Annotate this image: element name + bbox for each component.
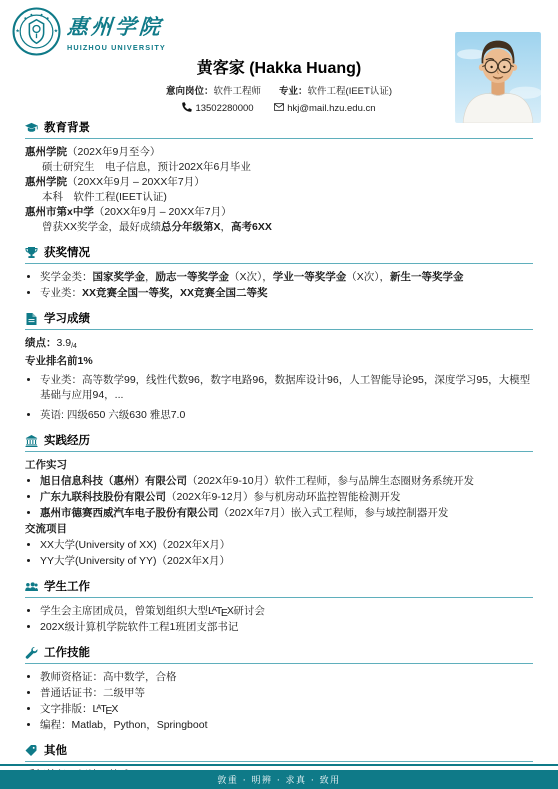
gpa-label: 绩点： [25,337,57,349]
university-logo: 惠州学院 HUIZHOU UNIVERSITY [12,7,166,56]
section-grades-header: 学习成绩 [25,312,533,330]
student-work-text: 研讨会 [233,605,265,617]
latex-logo: LATEX [208,605,233,617]
university-name-en: HUIZHOU UNIVERSITY [67,43,166,52]
award-item: 专业类：XX竞赛全国一等奖，XX竞赛全国二等奖 [40,286,533,301]
trophy-icon [25,247,38,259]
school-name: 惠州市第x中学 [25,206,94,218]
skill-label: 文字排版： [40,703,93,715]
graduation-cap-icon [25,122,38,134]
university-motto: 敦重 · 明辨 · 求真 · 致用 [217,773,340,786]
phone-number: 13502280000 [195,103,253,114]
grades-item: 专业类：高等数学99，线性代数96，数字电路96，数据库设计96，人工智能导论9… [40,373,533,403]
document-icon [25,313,38,325]
section-student-work: 学生工作 学生会主席团成员，曾策划组织大型LATEX研讨会 202X级计算机学院… [25,580,533,635]
education-detail: 本科 软件工程(IEET认证) [25,190,533,205]
grades-item: 英语: 四级650 六级630 雅思7.0 [40,408,533,423]
section-skills: 工作技能 教师资格证：高中数学，合格 普通话证书：二级甲等 文字排版：LATEX… [25,646,533,733]
school-name: 惠州学院 [25,146,67,158]
section-experience: 实践经历 工作实习 旭日信息科技（惠州）有限公司（202X年9-10月）软件工程… [25,434,533,569]
section-title: 其他 [44,744,67,758]
section-grades: 学习成绩 绩点：3.9/4 专业排名前1% 专业类：高等数学99，线性代数96，… [25,312,533,423]
section-title: 实践经历 [44,434,90,448]
footer-divider [0,764,558,766]
section-awards-header: 获奖情况 [25,246,533,264]
exchange-list: XX大学(University of XX)（202X年X月） YY大学(Uni… [25,538,533,569]
grades-list: 专业类：高等数学99，线性代数96，数字电路96，数据库设计96，人工智能导论9… [25,373,533,423]
resume-page: 惠州学院 HUIZHOU UNIVERSITY 黄客家 (Hakka Huang… [0,0,558,789]
university-name-cn: 惠州学院 [66,11,167,41]
envelope-icon [274,102,284,112]
award-item: 奖学金类：国家奖学金，励志一等奖学金（X次），学业一等奖学金（X次），新生一等奖… [40,270,533,285]
school-name: 惠州学院 [25,176,67,188]
student-work-item: 202X级计算机学院软件工程1班团支部书记 [40,620,533,635]
internship-item: 旭日信息科技（惠州）有限公司（202X年9-10月）软件工程师，参与品牌生态圈财… [40,474,533,489]
internship-item: 惠州市德赛西威汽车电子股份有限公司（202X年7月）嵌入式工程师，参与域控制器开… [40,506,533,521]
skill-item: 普通话证书：二级甲等 [40,686,533,701]
exchange-item: XX大学(University of XX)（202X年X月） [40,538,533,553]
section-skills-header: 工作技能 [25,646,533,664]
student-work-list: 学生会主席团成员，曾策划组织大型LATEX研讨会 202X级计算机学院软件工程1… [25,604,533,635]
experience-subheading-exchange: 交流项目 [25,522,533,537]
footer-bar: 敦重 · 明辨 · 求真 · 致用 [0,770,558,789]
major-value: 软件工程(IEET认证) [308,86,392,97]
wrench-icon [25,647,38,659]
gpa-denominator: /4 [71,343,77,350]
exchange-item: YY大学(University of YY)（202X年X月） [40,554,533,569]
section-student-work-header: 学生工作 [25,580,533,598]
university-name: 惠州学院 HUIZHOU UNIVERSITY [67,11,166,52]
education-school-line: 惠州学院（20XX年9月 – 20XX年7月） [25,175,533,190]
users-icon [25,581,38,593]
resume-body: 教育背景 惠州学院（202X年9月至今） 硕士研究生 电子信息，预计202X年6… [0,121,558,783]
section-education-header: 教育背景 [25,121,533,139]
gpa-line: 绩点：3.9/4 [25,336,533,354]
section-education: 教育背景 惠州学院（202X年9月至今） 硕士研究生 电子信息，预计202X年6… [25,121,533,235]
skill-item: 文字排版：LATEX [40,702,533,717]
awards-list: 奖学金类：国家奖学金，励志一等奖学金（X次），学业一等奖学金（X次），新生一等奖… [25,270,533,301]
internship-item: 广东九联科技股份有限公司（202X年9-12月）参与机房动环监控智能检测开发 [40,490,533,505]
profile-photo [455,32,541,123]
education-detail: 硕士研究生 电子信息，预计202X年6月毕业 [25,160,533,175]
education-detail: 曾获XX奖学金，最好成绩总分年级第X，高考6XX [25,220,533,235]
school-dates: （202X年9月至今） [67,146,160,158]
major-label: 专业： [279,86,308,97]
education-school-line: 惠州市第x中学（20XX年9月 – 20XX年7月） [25,205,533,220]
section-experience-header: 实践经历 [25,434,533,452]
section-awards: 获奖情况 奖学金类：国家奖学金，励志一等奖学金（X次），学业一等奖学金（X次），… [25,246,533,301]
section-title: 工作技能 [44,646,90,660]
internship-list: 旭日信息科技（惠州）有限公司（202X年9-10月）软件工程师，参与品牌生态圈财… [25,474,533,521]
section-title: 教育背景 [44,121,90,135]
bank-icon [25,435,38,447]
education-school-line: 惠州学院（202X年9月至今） [25,145,533,160]
school-dates: （20XX年9月 – 20XX年7月） [94,206,232,218]
university-seal-icon [12,7,61,56]
intent-label: 意向岗位： [166,86,214,97]
section-title: 学生工作 [44,580,90,594]
gpa-value: 3.9 [57,337,72,349]
student-work-item: 学生会主席团成员，曾策划组织大型LATEX研讨会 [40,604,533,619]
skill-item: 编程：Matlab，Python，Springboot [40,718,533,733]
intent-value: 软件工程师 [214,86,262,97]
phone-icon [182,102,192,112]
latex-logo: LATEX [93,703,118,715]
student-work-text: 学生会主席团成员，曾策划组织大型 [40,605,208,617]
rank-line: 专业排名前1% [25,354,533,369]
skill-item: 教师资格证：高中数学，合格 [40,670,533,685]
school-dates: （20XX年9月 – 20XX年7月） [67,176,205,188]
experience-subheading-internship: 工作实习 [25,458,533,473]
email-address: hkj@mail.hzu.edu.cn [287,103,375,114]
section-title: 获奖情况 [44,246,90,260]
tag-icon [25,745,38,757]
skills-list: 教师资格证：高中数学，合格 普通话证书：二级甲等 文字排版：LATEX 编程：M… [25,670,533,733]
header: 惠州学院 HUIZHOU UNIVERSITY 黄客家 (Hakka Huang… [0,0,558,118]
section-other-header: 其他 [25,744,533,762]
section-title: 学习成绩 [44,312,90,326]
